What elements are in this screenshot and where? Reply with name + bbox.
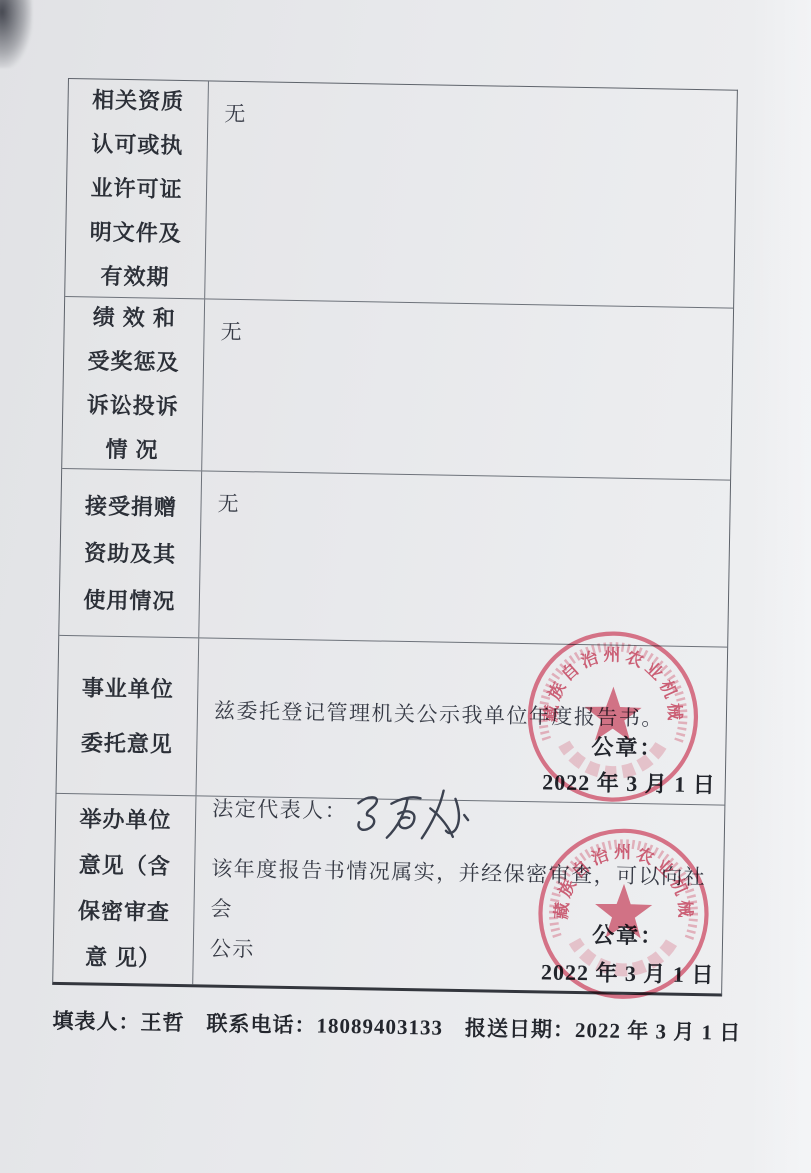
row-value-performance: 无 — [202, 299, 733, 479]
table-row: 绩 效 和 受奖惩及 诉讼投诉 情 况 无 — [62, 297, 733, 481]
document-sheet: 相关资质 认可或执 业许可证 明文件及 有效期 无 绩 效 和 受奖惩及 诉讼投… — [51, 78, 740, 1047]
seal-bottom-text-marks — [574, 941, 671, 971]
seal-star-icon — [584, 686, 642, 741]
table-row: 接受捐赠 资助及其 使用情况 无 — [59, 469, 730, 648]
row-label-qualifications: 相关资质 认可或执 业许可证 明文件及 有效期 — [65, 79, 209, 298]
paper-edge-highlight — [751, 0, 811, 1173]
photo-background: 相关资质 认可或执 业许可证 明文件及 有效期 无 绩 效 和 受奖惩及 诉讼投… — [0, 0, 811, 1173]
red-official-seal: 藏族自治州农业机械 — [521, 625, 704, 808]
row-label-performance: 绩 效 和 受奖惩及 诉讼投诉 情 况 — [62, 297, 205, 470]
preparer-name: 王哲 — [140, 1010, 184, 1035]
row-label-sponsor-opinion: 举办单位 意见（含 保密审查 意 见） — [53, 794, 196, 984]
seal-bottom-text-marks — [563, 744, 660, 774]
preparer-label: 填表人： — [52, 1009, 140, 1035]
red-official-seal: 藏族自治州农业机械 — [532, 822, 715, 1005]
row-label-donations: 接受捐赠 资助及其 使用情况 — [59, 469, 202, 637]
row-value-qualifications: 无 — [205, 81, 737, 307]
seal-star-icon — [595, 883, 653, 938]
preparer-segment: 填表人：王哲 — [52, 1005, 185, 1037]
table-row: 相关资质 认可或执 业许可证 明文件及 有效期 无 — [65, 79, 737, 309]
corner-shadow — [0, 0, 32, 68]
row-value-donations: 无 — [199, 471, 730, 646]
row-label-entity-opinion: 事业单位 委托意见 — [57, 636, 200, 795]
